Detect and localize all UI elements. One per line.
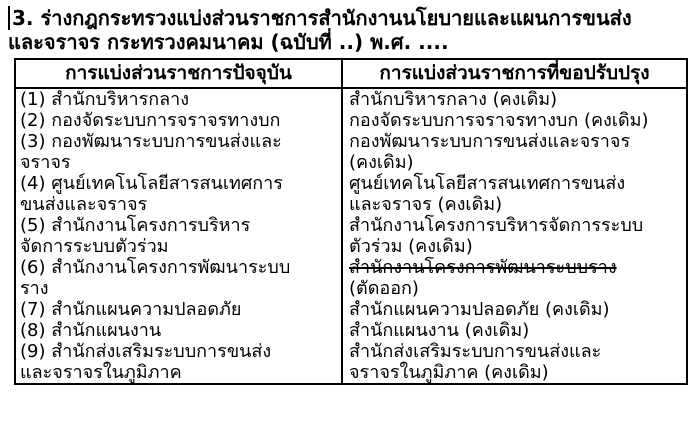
cell-line: ขนส่งและจราจร [20, 194, 337, 215]
cell-line: กองจัดระบบการจราจรทางบก (คงเดิม) [349, 110, 682, 131]
cell-line: ศูนย์เทคโนโลยีสารสนเทศการขนส่ง [349, 173, 682, 194]
cell-current: (9) สำนักส่งเสริมระบบการขนส่ง และจราจรใน… [16, 341, 341, 383]
cell-line: กองพัฒนาระบบการขนส่งและจราจร [349, 131, 682, 152]
cell-line: และจราจรในภูมิภาค [20, 362, 337, 383]
table-row: (1) สำนักบริหารกลาง สำนักบริหารกลาง (คงเ… [16, 89, 686, 110]
cell-line: (2) กองจัดระบบการจราจรทางบก [20, 110, 337, 131]
cell-line: สำนักงานโครงการบริหารจัดการระบบ [349, 215, 682, 236]
cell-line: ราง [20, 278, 337, 299]
cell-current: (2) กองจัดระบบการจราจรทางบก [16, 110, 341, 131]
table-row: (6) สำนักงานโครงการพัฒนาระบบ ราง สำนักงา… [16, 257, 686, 299]
table-row: (2) กองจัดระบบการจราจรทางบก กองจัดระบบกา… [16, 110, 686, 131]
cell-proposed: กองพัฒนาระบบการขนส่งและจราจร (คงเดิม) [341, 131, 686, 173]
cell-line: (7) สำนักแผนความปลอดภัย [20, 299, 337, 320]
page-title: 3. ร่างกฎกระทรวงแบ่งส่วนราชการสำนักงานนโ… [0, 0, 700, 54]
cell-line-struck: สำนักงานโครงการพัฒนาระบบราง [349, 257, 682, 278]
title-line1: ร่างกฎกระทรวงแบ่งส่วนราชการสำนักงานนโยบา… [40, 6, 631, 30]
table-row: (9) สำนักส่งเสริมระบบการขนส่ง และจราจรใน… [16, 341, 686, 383]
column-header-proposed: การแบ่งส่วนราชการที่ขอปรับปรุง [341, 60, 686, 87]
cell-line: (8) สำนักแผนงาน [20, 320, 337, 341]
title-line2: และจราจร กระทรวงคมนาคม (ฉบับที่ ..) พ.ศ.… [8, 30, 449, 54]
cell-current: (4) ศูนย์เทคโนโลยีสารสนเทศการ ขนส่งและจร… [16, 173, 341, 215]
cell-line: จราจรในภูมิภาค (คงเดิม) [349, 362, 682, 383]
cell-proposed: กองจัดระบบการจราจรทางบก (คงเดิม) [341, 110, 686, 131]
cell-line: (9) สำนักส่งเสริมระบบการขนส่ง [20, 341, 337, 362]
cell-line: จัดการระบบตัวร่วม [20, 236, 337, 257]
cell-line: (คงเดิม) [349, 152, 682, 173]
cell-proposed: สำนักแผนความปลอดภัย (คงเดิม) [341, 299, 686, 320]
cell-line: สำนักส่งเสริมระบบการขนส่งและ [349, 341, 682, 362]
cell-proposed: สำนักส่งเสริมระบบการขนส่งและ จราจรในภูมิ… [341, 341, 686, 383]
cell-line: (1) สำนักบริหารกลาง [20, 89, 337, 110]
cell-proposed: สำนักงานโครงการพัฒนาระบบราง (ตัดออก) [341, 257, 686, 299]
cell-line: และจราจร (คงเดิม) [349, 194, 682, 215]
title-number: 3. [8, 6, 34, 30]
cell-proposed: สำนักแผนงาน (คงเดิม) [341, 320, 686, 341]
cell-line: จราจร [20, 152, 337, 173]
cell-current: (7) สำนักแผนความปลอดภัย [16, 299, 341, 320]
cell-line: (ตัดออก) [349, 278, 682, 299]
table-row: (3) กองพัฒนาระบบการขนส่งและ จราจร กองพัฒ… [16, 131, 686, 173]
cell-line: (4) ศูนย์เทคโนโลยีสารสนเทศการ [20, 173, 337, 194]
table-row: (5) สำนักงานโครงการบริหาร จัดการระบบตัวร… [16, 215, 686, 257]
cell-line: สำนักบริหารกลาง (คงเดิม) [349, 89, 682, 110]
cell-current: (8) สำนักแผนงาน [16, 320, 341, 341]
cell-line: (3) กองพัฒนาระบบการขนส่งและ [20, 131, 337, 152]
cell-line: สำนักแผนความปลอดภัย (คงเดิม) [349, 299, 682, 320]
column-header-current: การแบ่งส่วนราชการปัจจุบัน [16, 60, 341, 87]
cell-line: สำนักแผนงาน (คงเดิม) [349, 320, 682, 341]
cell-current: (3) กองพัฒนาระบบการขนส่งและ จราจร [16, 131, 341, 173]
cell-proposed: ศูนย์เทคโนโลยีสารสนเทศการขนส่ง และจราจร … [341, 173, 686, 215]
cell-current: (6) สำนักงานโครงการพัฒนาระบบ ราง [16, 257, 341, 299]
cell-line: ตัวร่วม (คงเดิม) [349, 236, 682, 257]
cell-line: (5) สำนักงานโครงการบริหาร [20, 215, 337, 236]
cell-current: (5) สำนักงานโครงการบริหาร จัดการระบบตัวร… [16, 215, 341, 257]
table-row: (7) สำนักแผนความปลอดภัย สำนักแผนความปลอด… [16, 299, 686, 320]
cell-proposed: สำนักบริหารกลาง (คงเดิม) [341, 89, 686, 110]
division-table: การแบ่งส่วนราชการปัจจุบัน การแบ่งส่วนราช… [14, 58, 688, 385]
cell-line: (6) สำนักงานโครงการพัฒนาระบบ [20, 257, 337, 278]
cell-current: (1) สำนักบริหารกลาง [16, 89, 341, 110]
table-row: (4) ศูนย์เทคโนโลยีสารสนเทศการ ขนส่งและจร… [16, 173, 686, 215]
table-header-row: การแบ่งส่วนราชการปัจจุบัน การแบ่งส่วนราช… [16, 60, 686, 89]
table-row: (8) สำนักแผนงาน สำนักแผนงาน (คงเดิม) [16, 320, 686, 341]
cell-proposed: สำนักงานโครงการบริหารจัดการระบบ ตัวร่วม … [341, 215, 686, 257]
